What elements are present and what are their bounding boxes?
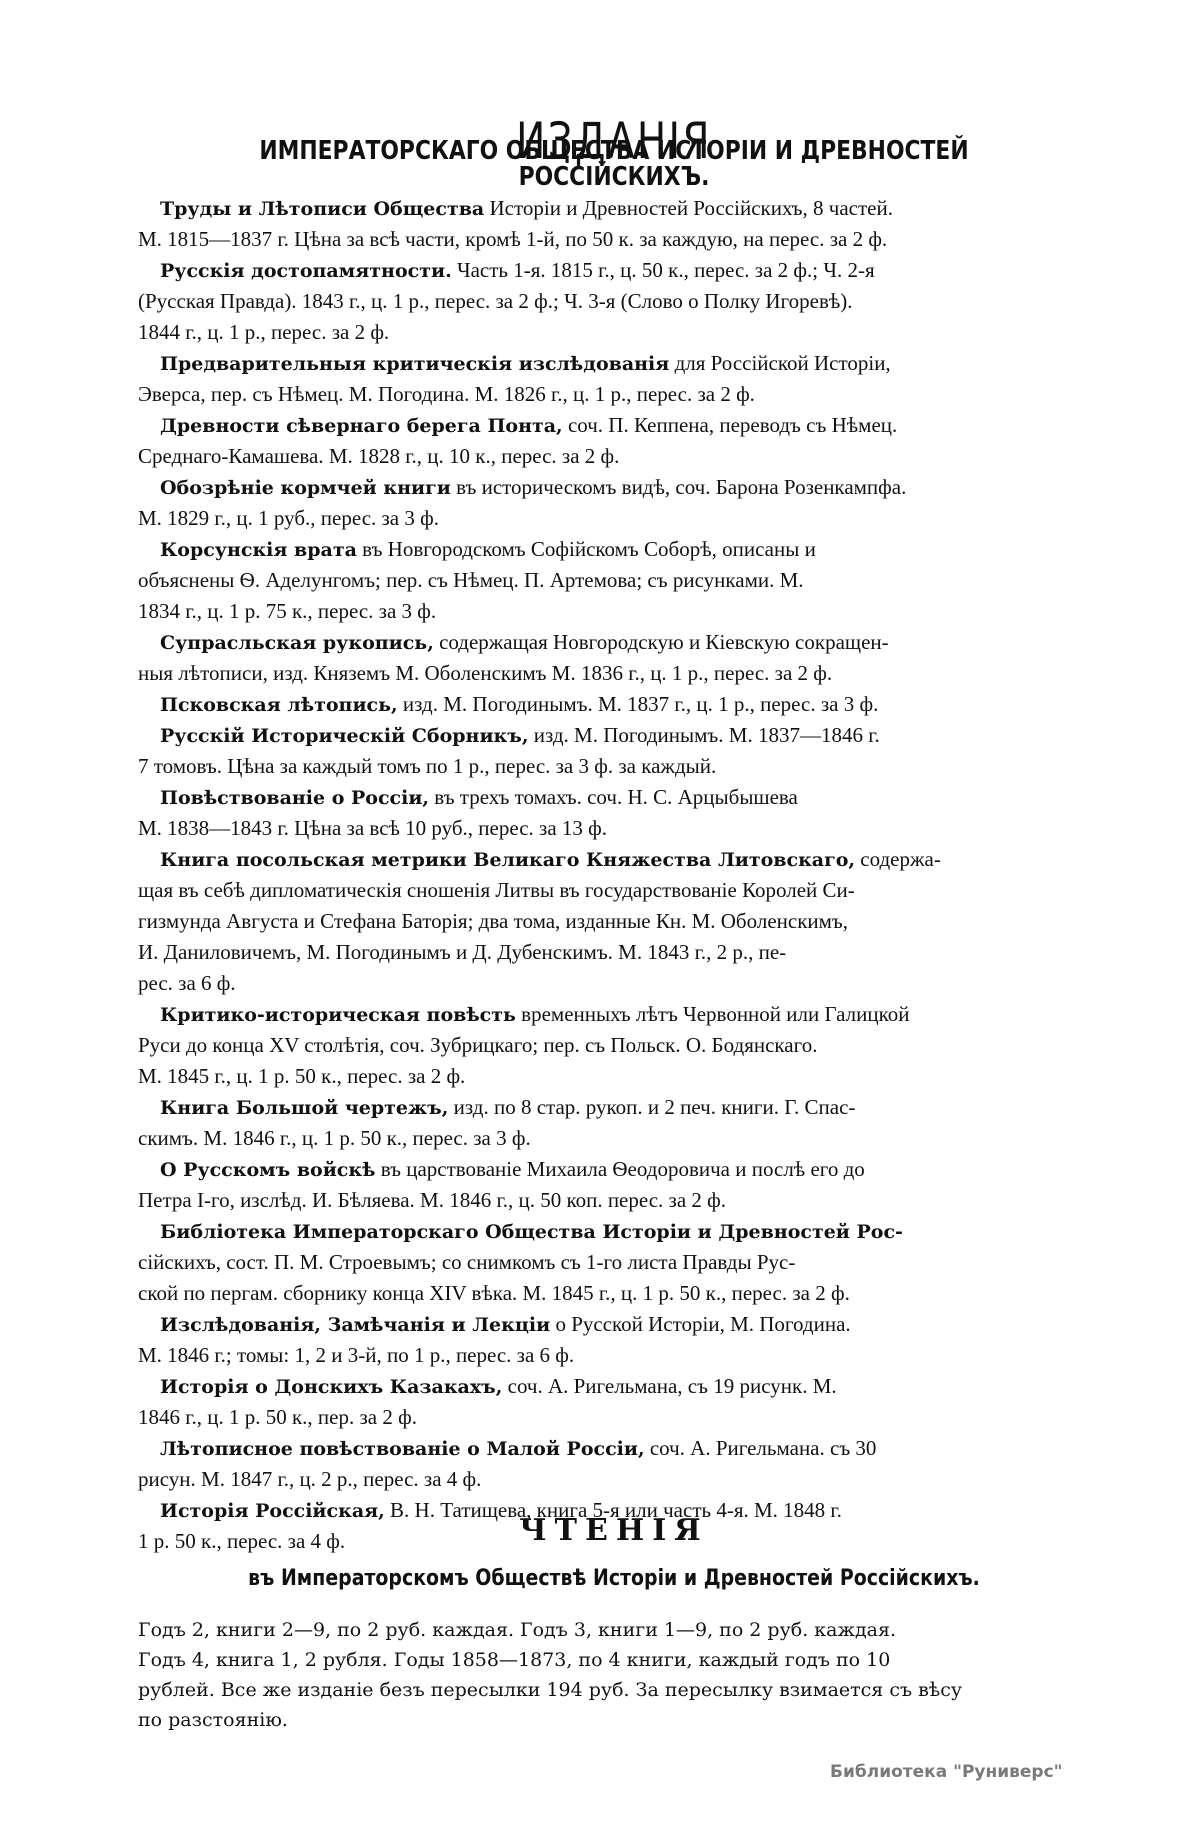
entry-line: ныя лѣтописи, изд. Княземъ М. Оболенским… [138,658,1090,689]
entry-title: Труды и Лѣтописи Общества [160,198,484,220]
entry-title: Русскій Историческій Сборникъ, [160,725,528,747]
entry-details: Руси до конца XV столѣтія, соч. Зубрицка… [138,1033,817,1057]
entry-line: Предварительныя критическія изслѣдованія… [160,348,1090,379]
entry-details: гизмунда Августа и Стефана Баторія; два … [138,909,848,933]
entry-line: скимъ. М. 1846 г., ц. 1 р. 50 к., перес.… [138,1123,1090,1154]
entry-details: М. 1845 г., ц. 1 р. 50 к., перес. за 2 ф… [138,1064,465,1088]
entry-line: рес. за 6 ф. [138,968,1090,999]
entry-title: Исторія о Донскихъ Казакахъ, [160,1376,502,1398]
entry-line: М. 1829 г., ц. 1 руб., перес. за 3 ф. [138,503,1090,534]
entry-line: И. Даниловичемъ, М. Погодинымъ и Д. Дубе… [138,937,1090,968]
entry-line: М. 1838—1843 г. Цѣна за всѣ 10 руб., пер… [138,813,1090,844]
entry-line: 1844 г., ц. 1 р., перес. за 2 ф. [138,317,1090,348]
entry-line: Исторія о Донскихъ Казакахъ, соч. А. Риг… [160,1371,1090,1402]
entry-title: Библіотека Императорскаго Общества Истор… [160,1221,903,1243]
entry-details: М. 1815—1837 г. Цѣна за всѣ части, кромѣ… [138,227,887,251]
entry-line: Повѣствованіе о Россіи, въ трехъ томахъ.… [160,782,1090,813]
entry-line: 7 томовъ. Цѣна за каждый томъ по 1 р., п… [138,751,1090,782]
entry-line: М. 1815—1837 г. Цѣна за всѣ части, кромѣ… [138,224,1090,255]
publication-list: Труды и Лѣтописи Общества Исторіи и Древ… [160,193,1090,1557]
section-title-chteniya: ЧТЕНІЯ [138,1516,1090,1546]
publication-entry: Книга посольская метрики Великаго Княжес… [160,844,1090,999]
entry-title: Лѣтописное повѣствованіе о Малой Россіи, [160,1438,645,1460]
entry-details: ныя лѣтописи, изд. Княземъ М. Оболенским… [138,661,832,685]
entry-line: сійскихъ, сост. П. М. Строевымъ; со сним… [138,1247,1090,1278]
entry-details: соч. А. Ригельмана. съ 30 [645,1436,877,1460]
entry-line: Русскій Историческій Сборникъ, изд. М. П… [160,720,1090,751]
entry-details: въ трехъ томахъ. соч. Н. С. Арцыбышева [429,785,798,809]
entry-title: Древности сѣвернаго берега Понта, [160,415,563,437]
entry-line: Псковская лѣтопись, изд. М. Погодинымъ. … [160,689,1090,720]
entry-details: М. 1829 г., ц. 1 руб., перес. за 3 ф. [138,506,439,530]
entry-details: М. 1838—1843 г. Цѣна за всѣ 10 руб., пер… [138,816,607,840]
entry-line: 1846 г., ц. 1 р. 50 к., пер. за 2 ф. [138,1402,1090,1433]
entry-line: 1834 г., ц. 1 р. 75 к., перес. за 3 ф. [138,596,1090,627]
publication-entry: Повѣствованіе о Россіи, въ трехъ томахъ.… [160,782,1090,844]
entry-line: Обозрѣніе кормчей книги въ историческомъ… [160,472,1090,503]
entry-line: Изслѣдованія, Замѣчанія и Лекціи о Русск… [160,1309,1090,1340]
entry-title: Книга посольская метрики Великаго Княжес… [160,849,855,871]
entry-line: (Русская Правда). 1843 г., ц. 1 р., пере… [138,286,1090,317]
entry-title: Критико-историческая повѣсть [160,1004,516,1026]
entry-line: Среднаго-Камашева. М. 1828 г., ц. 10 к.,… [138,441,1090,472]
entry-line: Книга Большой чертежъ, изд. по 8 стар. р… [160,1092,1090,1123]
entry-details: рисун. М. 1847 г., ц. 2 р., перес. за 4 … [138,1467,481,1491]
entry-line: М. 1846 г.; томы: 1, 2 и 3-й, по 1 р., п… [138,1340,1090,1371]
entry-details: щая въ себѣ дипломатическія сношенія Лит… [138,878,855,902]
entry-line: Петра I-го, изслѣд. И. Бѣляева. М. 1846 … [138,1185,1090,1216]
body-line: рублей. Все же изданіе безъ пересылки 19… [138,1675,1090,1705]
entry-details: 1834 г., ц. 1 р. 75 к., перес. за 3 ф. [138,599,436,623]
entry-details: (Русская Правда). 1843 г., ц. 1 р., пере… [138,289,853,313]
entry-details: для Россійской Исторіи, [669,351,890,375]
publication-entry: Корсунскія врата въ Новгородскомъ Софійс… [160,534,1090,627]
entry-details: соч. П. Кеппена, переводъ съ Нѣмец. [563,413,898,437]
body-line: Годъ 4, книга 1, 2 рубля. Годы 1858—1873… [138,1645,1090,1675]
entry-line: О Русскомъ войскѣ въ царствованіе Михаил… [160,1154,1090,1185]
publication-entry: Предварительныя критическія изслѣдованія… [160,348,1090,410]
entry-details: сійскихъ, сост. П. М. Строевымъ; со сним… [138,1250,795,1274]
publication-entry: Лѣтописное повѣствованіе о Малой Россіи,… [160,1433,1090,1495]
entry-details: И. Даниловичемъ, М. Погодинымъ и Д. Дубе… [138,940,786,964]
entry-line: Библіотека Императорскаго Общества Истор… [160,1216,1090,1247]
entry-line: Труды и Лѣтописи Общества Исторіи и Древ… [160,193,1090,224]
entry-line: Русскія достопамятности. Часть 1-я. 1815… [160,255,1090,286]
entry-details: содержащая Новгородскую и Кіевскую сокра… [434,630,889,654]
entry-line: Корсунскія врата въ Новгородскомъ Софійс… [160,534,1090,565]
entry-details: рес. за 6 ф. [138,971,236,995]
publication-entry: Древности сѣвернаго берега Понта, соч. П… [160,410,1090,472]
entry-details: о Русской Исторіи, М. Погодина. [550,1312,850,1336]
publication-entry: Библіотека Императорскаго Общества Истор… [160,1216,1090,1309]
entry-details: 7 томовъ. Цѣна за каждый томъ по 1 р., п… [138,754,716,778]
entry-title: Книга Большой чертежъ, [160,1097,448,1119]
entry-details: изд. М. Погодинымъ. М. 1837 г., ц. 1 р.,… [398,692,879,716]
publication-entry: Критико-историческая повѣсть временныхъ … [160,999,1090,1092]
entry-line: Руси до конца XV столѣтія, соч. Зубрицка… [138,1030,1090,1061]
entry-line: Критико-историческая повѣсть временныхъ … [160,999,1090,1030]
entry-title: Обозрѣніе кормчей книги [160,477,451,499]
page-subtitle: ИМПЕРАТОРСКАГО ОБЩЕСТВА ИСТОРІИ И ДРЕВНО… [214,138,1014,190]
entry-details: 1844 г., ц. 1 р., перес. за 2 ф. [138,320,389,344]
entry-title: О Русскомъ войскѣ [160,1159,375,1181]
entry-line: гизмунда Августа и Стефана Баторія; два … [138,906,1090,937]
entry-title: Корсунскія врата [160,539,357,561]
entry-details: Часть 1-я. 1815 г., ц. 50 к., перес. за … [452,258,875,282]
publication-entry: Русскія достопамятности. Часть 1-я. 1815… [160,255,1090,348]
publication-entry: Труды и Лѣтописи Общества Исторіи и Древ… [160,193,1090,255]
entry-details: объяснены Ѳ. Аделунгомъ; пер. съ Нѣмец. … [138,568,804,592]
entry-details: временныхъ лѣтъ Червонной или Галицкой [516,1002,910,1026]
publication-entry: О Русскомъ войскѣ въ царствованіе Михаил… [160,1154,1090,1216]
entry-line: объяснены Ѳ. Аделунгомъ; пер. съ Нѣмец. … [138,565,1090,596]
entry-title: Повѣствованіе о Россіи, [160,787,429,809]
entry-details: Эверса, пер. съ Нѣмец. М. Погодина. М. 1… [138,382,755,406]
entry-line: Лѣтописное повѣствованіе о Малой Россіи,… [160,1433,1090,1464]
body-line: Годъ 2, книги 2—9, по 2 руб. каждая. Год… [138,1615,1090,1645]
entry-line: ской по пергам. сборнику конца XIV вѣка.… [138,1278,1090,1309]
entry-details: скимъ. М. 1846 г., ц. 1 р. 50 к., перес.… [138,1126,531,1150]
entry-line: Древности сѣвернаго берега Понта, соч. П… [160,410,1090,441]
entry-title: Псковская лѣтопись, [160,694,398,716]
entry-details: въ царствованіе Михаила Ѳеодоровича и по… [375,1157,864,1181]
entry-line: Книга посольская метрики Великаго Княжес… [160,844,1090,875]
entry-title: Русскія достопамятности. [160,260,452,282]
entry-details: въ историческомъ видѣ, соч. Барона Розен… [451,475,907,499]
entry-title: Предварительныя критическія изслѣдованія [160,353,669,375]
entry-details: Среднаго-Камашева. М. 1828 г., ц. 10 к.,… [138,444,619,468]
section-body-chteniya: Годъ 2, книги 2—9, по 2 руб. каждая. Год… [138,1615,1090,1735]
entry-details: въ Новгородскомъ Софійскомъ Соборѣ, опис… [357,537,816,561]
entry-details: Петра I-го, изслѣд. И. Бѣляева. М. 1846 … [138,1188,726,1212]
entry-details: содержа- [855,847,941,871]
entry-details: изд. по 8 стар. рукоп. и 2 печ. книги. Г… [448,1095,855,1119]
section-subtitle-chteniya: въ Императорскомъ Обществѣ Исторіи и Дре… [205,1568,1024,1590]
entry-title: Изслѣдованія, Замѣчанія и Лекціи [160,1314,550,1336]
entry-line: Супрасльская рукопись, содержащая Новгор… [160,627,1090,658]
publication-entry: Русскій Историческій Сборникъ, изд. М. П… [160,720,1090,782]
entry-details: соч. А. Ригельмана, съ 19 рисунк. М. [502,1374,836,1398]
entry-details: М. 1846 г.; томы: 1, 2 и 3-й, по 1 р., п… [138,1343,574,1367]
entry-details: ской по пергам. сборнику конца XIV вѣка.… [138,1281,850,1305]
publication-entry: Книга Большой чертежъ, изд. по 8 стар. р… [160,1092,1090,1154]
publication-entry: Обозрѣніе кормчей книги въ историческомъ… [160,472,1090,534]
library-watermark: Библиотека "Руниверс" [830,1762,1063,1782]
entry-details: Исторіи и Древностей Россійскихъ, 8 част… [484,196,893,220]
body-line: по разстоянію. [138,1705,1090,1735]
publication-entry: Исторія о Донскихъ Казакахъ, соч. А. Риг… [160,1371,1090,1433]
entry-details: 1846 г., ц. 1 р. 50 к., пер. за 2 ф. [138,1405,417,1429]
publication-entry: Изслѣдованія, Замѣчанія и Лекціи о Русск… [160,1309,1090,1371]
publication-entry: Супрасльская рукопись, содержащая Новгор… [160,627,1090,689]
entry-details: изд. М. Погодинымъ. М. 1837—1846 г. [528,723,879,747]
entry-line: Эверса, пер. съ Нѣмец. М. Погодина. М. 1… [138,379,1090,410]
entry-title: Супрасльская рукопись, [160,632,434,654]
entry-line: М. 1845 г., ц. 1 р. 50 к., перес. за 2 ф… [138,1061,1090,1092]
entry-line: рисун. М. 1847 г., ц. 2 р., перес. за 4 … [138,1464,1090,1495]
entry-line: щая въ себѣ дипломатическія сношенія Лит… [138,875,1090,906]
publication-entry: Псковская лѣтопись, изд. М. Погодинымъ. … [160,689,1090,720]
